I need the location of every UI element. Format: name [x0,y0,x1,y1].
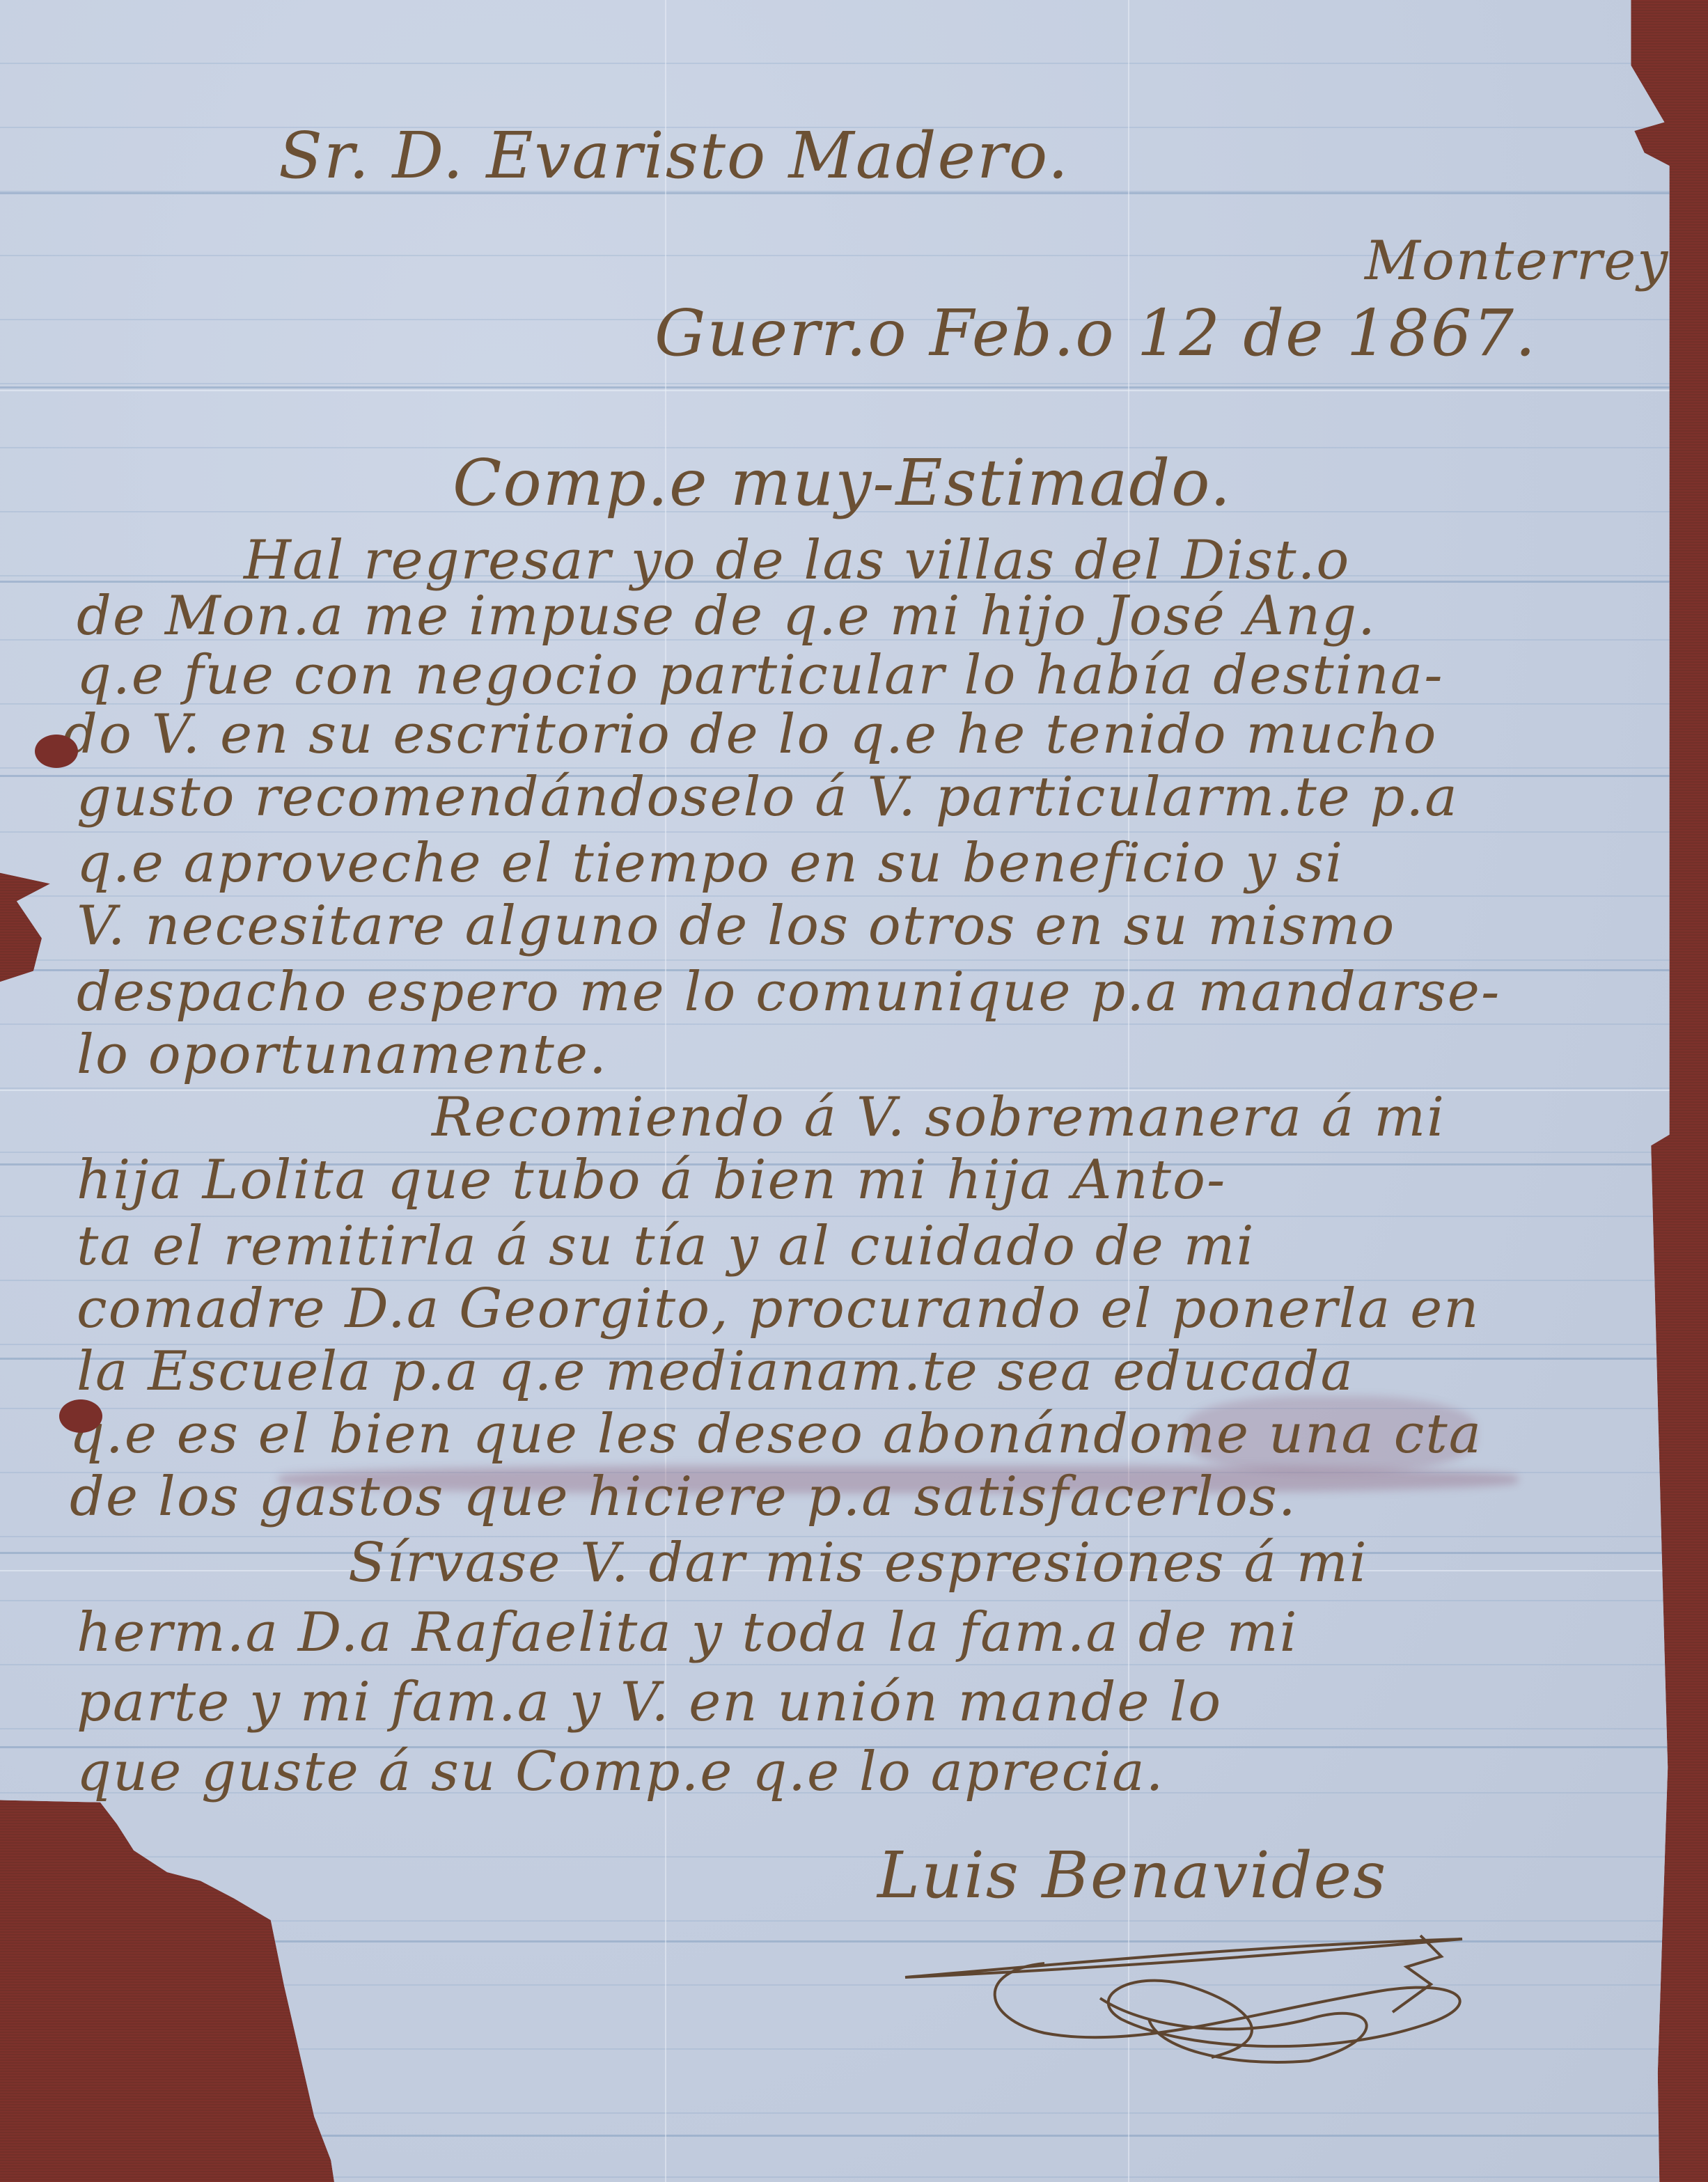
letter-paper: Sr. D. Evaristo Madero. Monterrey Guerr.… [0,0,1671,2182]
body-line: hija Lolita que tubo á bien mi hija Anto… [77,1149,1226,1211]
place-date: Guerr.o Feb.o 12 de 1867. [655,296,1537,370]
addressee: Sr. D. Evaristo Madero. [279,118,1070,193]
fold-crease [0,390,1671,391]
signature: Luis Benavides [877,1838,1387,1913]
signature-flourish [891,1929,1518,2068]
body-line: do V. en su escritorio de lo q.e he teni… [63,703,1438,766]
body-line: herm.a D.a Rafaelita y toda la fam.a de … [77,1601,1299,1664]
body-line: Hal regresar yo de las villas del Dist.o [244,529,1350,592]
body-line: ta el remitirla á su tía y al cuidado de… [77,1215,1255,1278]
punch-hole [59,1399,102,1433]
body-line: lo oportunamente. [77,1023,608,1086]
salutation: Comp.e muy-Estimado. [453,446,1232,520]
body-line: de Mon.a me impuse de q.e mi hijo José A… [77,585,1377,647]
body-line: q.e es el bien que les deseo abonándome … [70,1403,1482,1466]
body-line: Sírvase V. dar mis espresiones á mi [348,1532,1368,1594]
body-line: q.e aproveche el tiempo en su beneficio … [77,832,1344,895]
body-line: de los gastos que hiciere p.a satisfacer… [70,1466,1297,1528]
body-line: la Escuela p.a q.e medianam.te sea educa… [77,1340,1354,1403]
body-line: que guste á su Comp.e q.e lo aprecia. [77,1741,1164,1803]
body-line: despacho espero me lo comunique p.a mand… [77,961,1501,1023]
body-line: gusto recomendándoselo á V. particularm.… [77,766,1459,829]
body-line: comadre D.a Georgito, procurando el pone… [77,1278,1480,1340]
body-line: parte y mi fam.a y V. en unión mande lo [77,1671,1222,1734]
body-line: q.e fue con negocio particular lo había … [77,644,1444,707]
addressee-city: Monterrey [1365,230,1669,292]
punch-hole [35,735,78,768]
body-line: Recomiendo á V. sobremanera á mi [432,1086,1445,1149]
body-line: V. necesitare alguno de los otros en su … [77,895,1395,957]
